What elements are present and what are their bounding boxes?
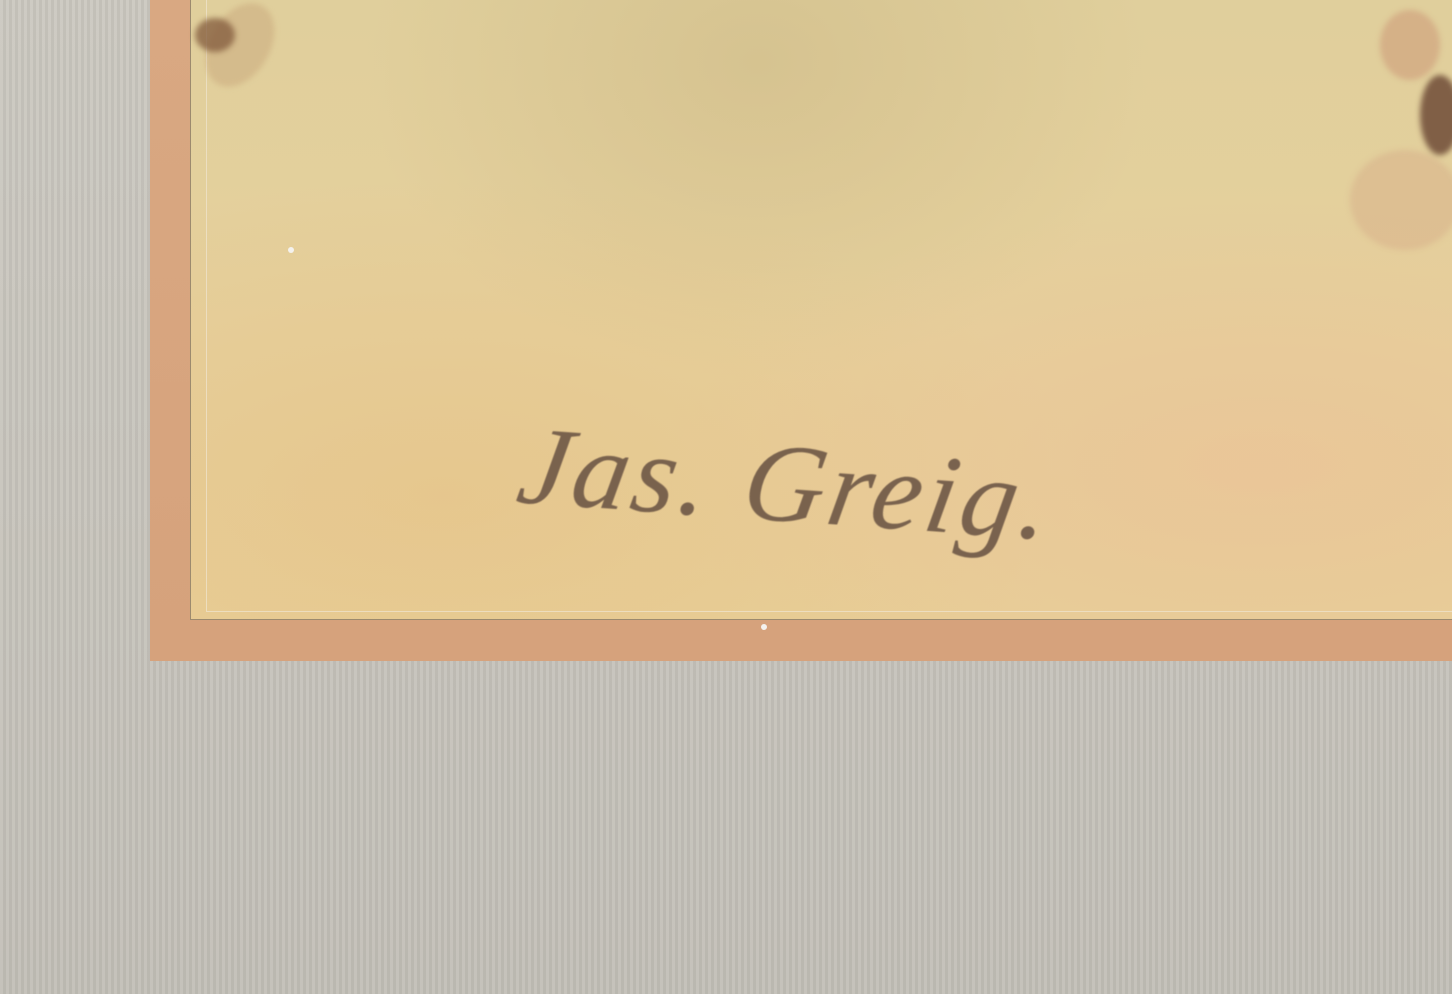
paint-stain-top-right — [1420, 75, 1452, 155]
paint-wash-right — [1350, 150, 1452, 250]
white-speck — [761, 624, 767, 630]
paint-stain-top-left — [195, 18, 235, 52]
white-speck — [288, 247, 294, 253]
paint-wash-top-right — [1380, 10, 1440, 80]
